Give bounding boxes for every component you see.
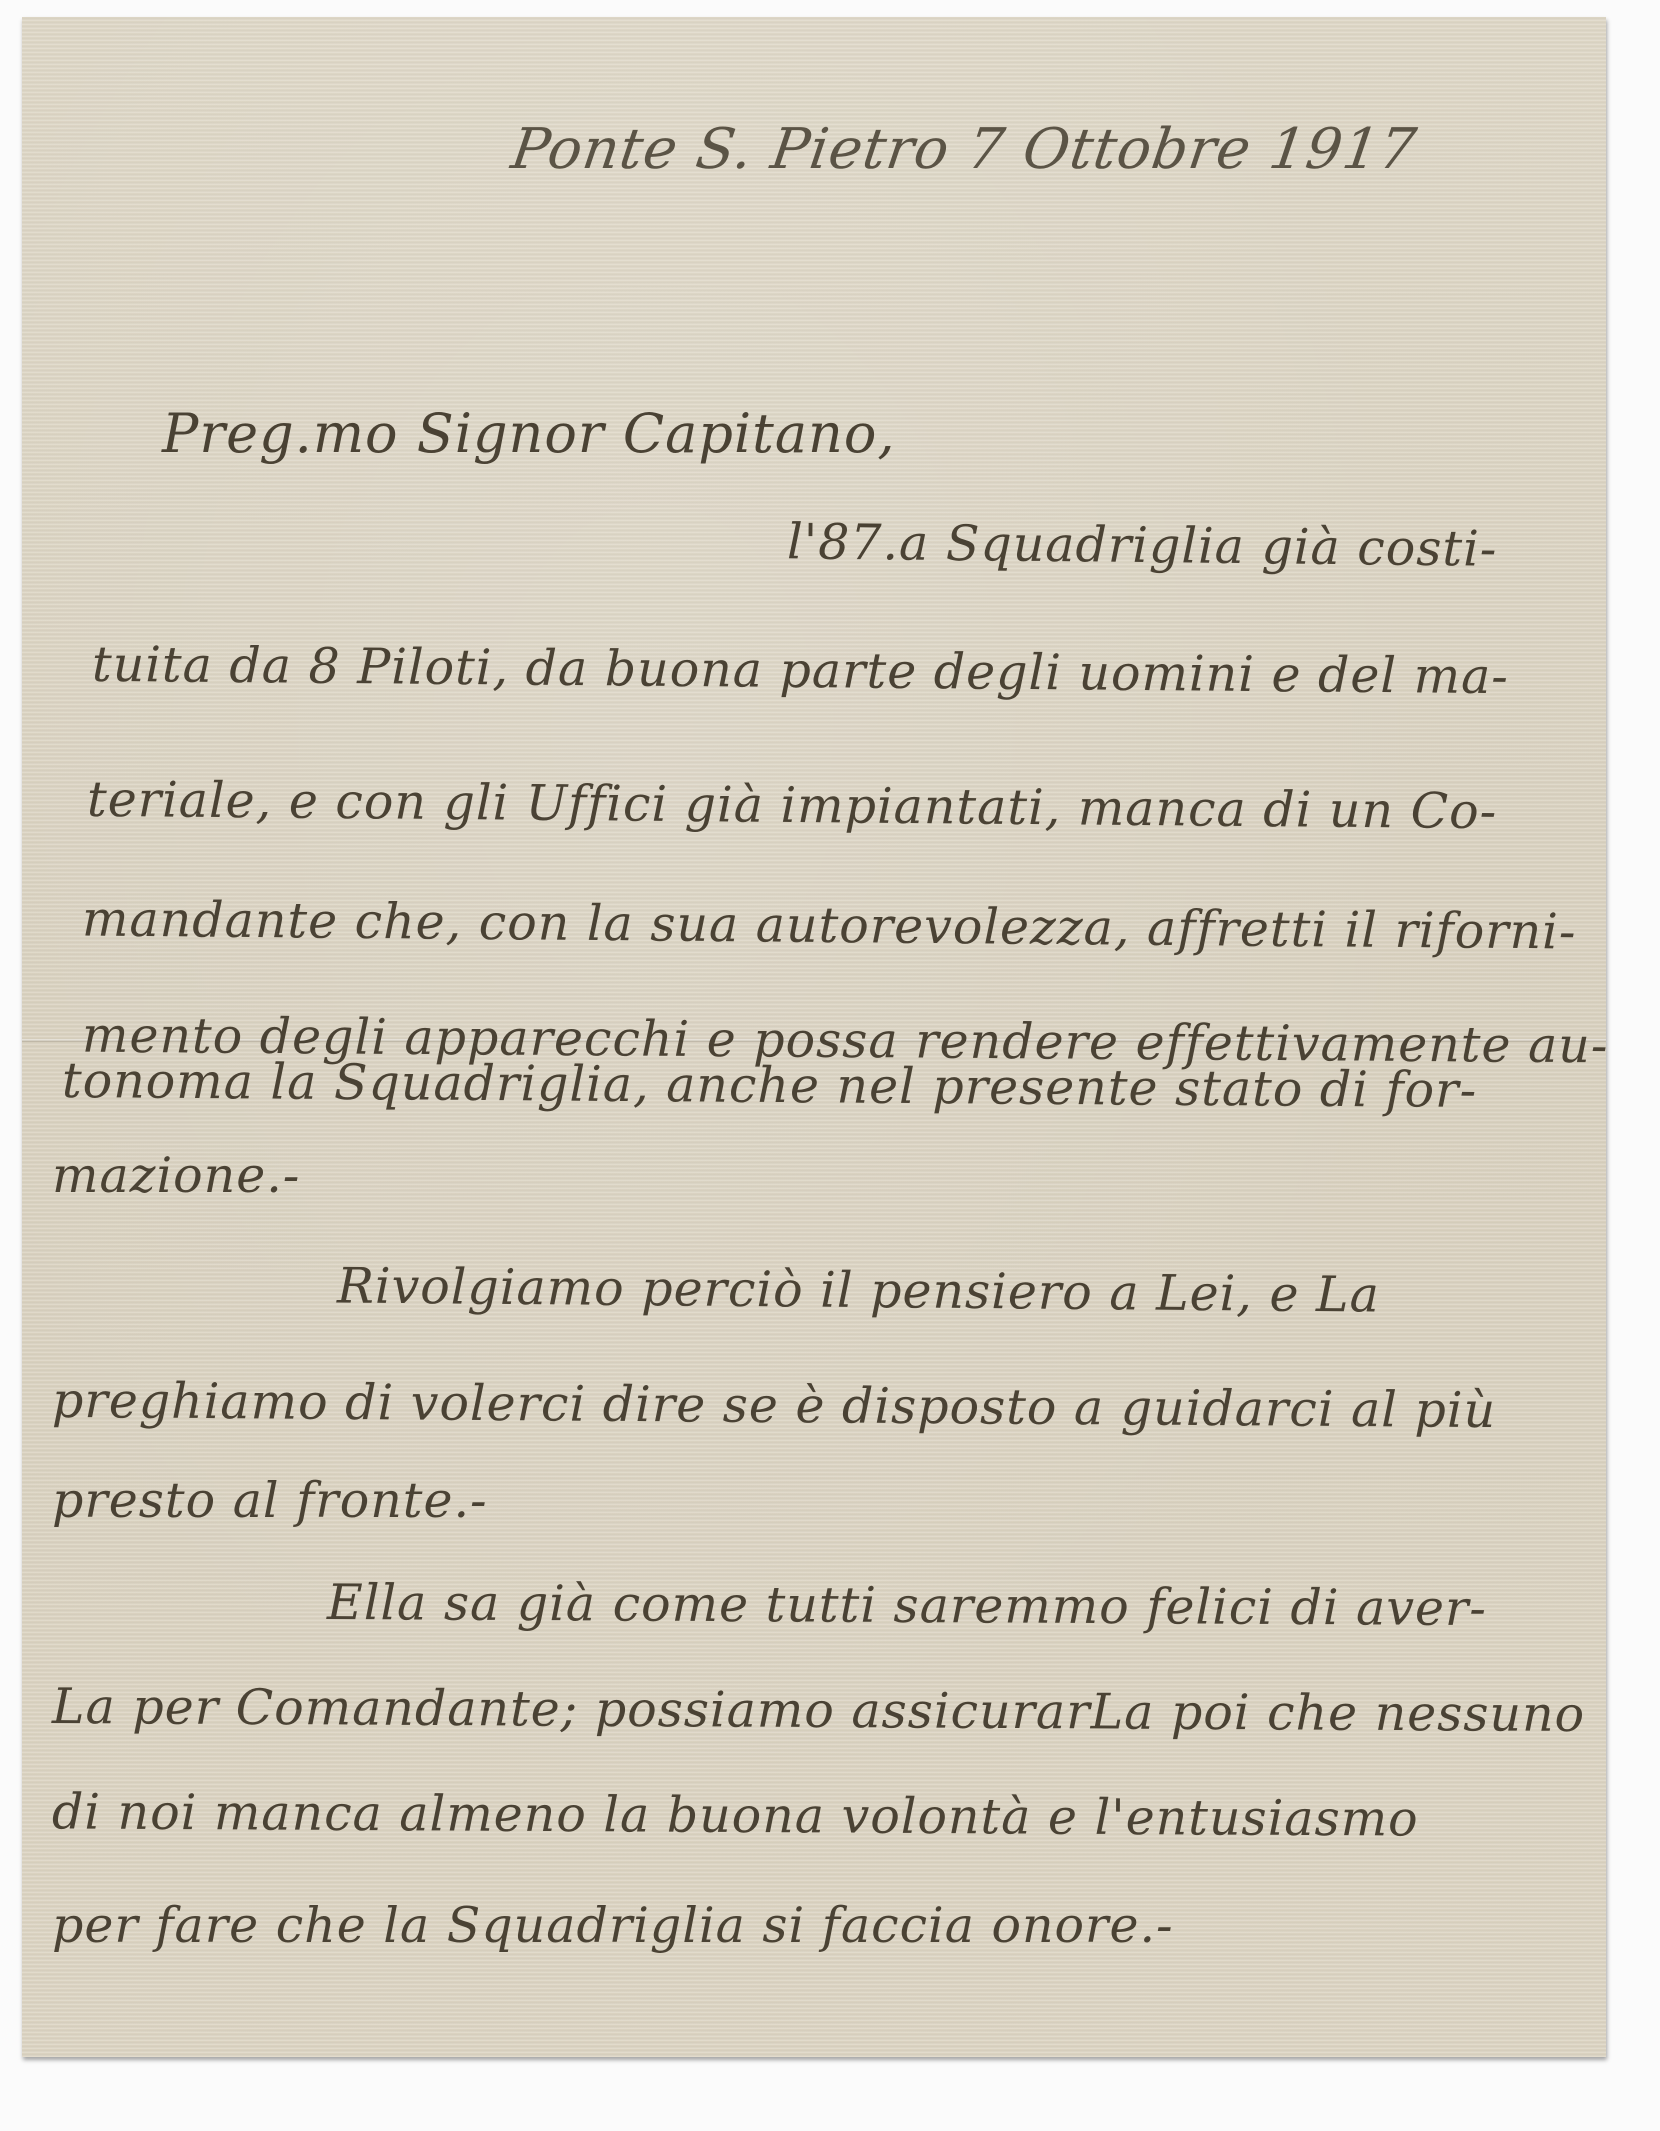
letter-line: Ella sa già come tutti saremmo felici di…	[327, 1574, 1487, 1637]
letter-line: tonoma la Squadriglia, anche nel present…	[62, 1052, 1478, 1119]
letter-line: per fare che la Squadriglia si faccia on…	[52, 1897, 1174, 1954]
letter-line: mandante che, con la sua autorevolezza, …	[82, 890, 1577, 960]
letter-line: di noi manca almeno la buona volontà e l…	[52, 1783, 1419, 1847]
letter-line: Rivolgiamo perciò il pensiero a Lei, e L…	[337, 1257, 1380, 1323]
letter-line: teriale, e con gli Uffici già impiantati…	[87, 771, 1498, 840]
letter-line: tuita da 8 Piloti, da buona parte degli …	[92, 636, 1509, 705]
letter-line: presto al fronte.-	[52, 1472, 488, 1529]
letter-line: La per Comandante; possiamo assicurarLa …	[52, 1678, 1585, 1743]
letter-place-date: Ponte S. Pietro 7 Ottobre 1917	[507, 117, 1420, 182]
letter-line: mazione.-	[52, 1147, 300, 1204]
letter-line: l'87.a Squadriglia già costi-	[787, 513, 1498, 577]
letter-salutation: Preg.mo Signor Capitano,	[162, 402, 896, 465]
letter-line: preghiamo di volerci dire se è disposto …	[52, 1372, 1497, 1439]
letter-paper: Ponte S. Pietro 7 Ottobre 1917 Preg.mo S…	[22, 17, 1606, 2057]
